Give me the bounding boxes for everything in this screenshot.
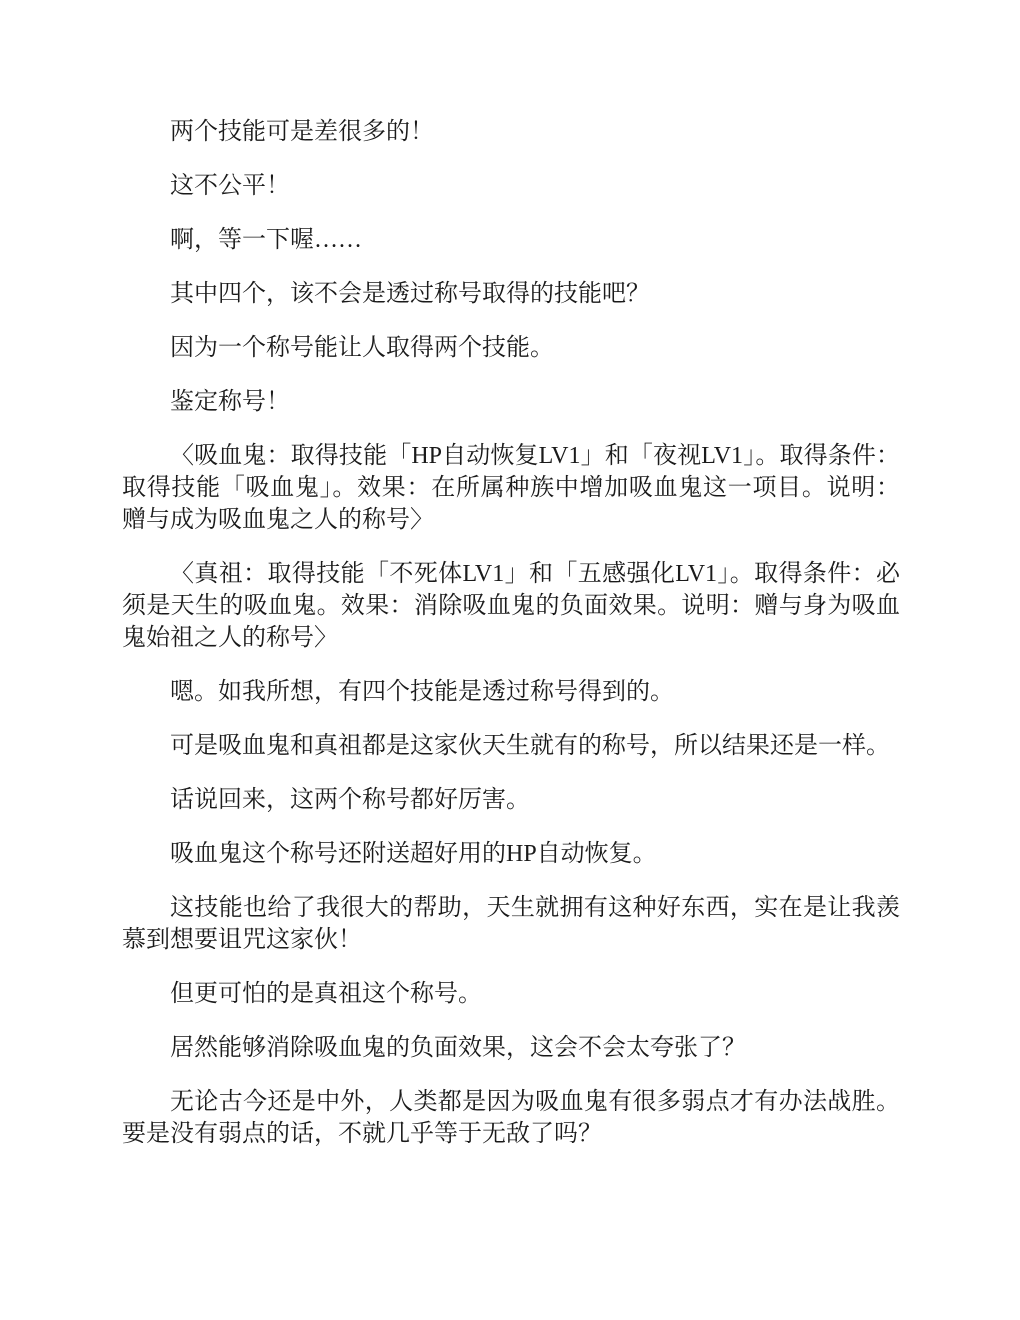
paragraph: 啊，等一下喔…… bbox=[122, 224, 900, 256]
paragraph: 吸血鬼这个称号还附送超好用的HP自动恢复。 bbox=[122, 838, 900, 870]
paragraph: 其中四个，该不会是透过称号取得的技能吧？ bbox=[122, 278, 900, 310]
document-page: 两个技能可是差很多的！ 这不公平！ 啊，等一下喔…… 其中四个，该不会是透过称号… bbox=[0, 0, 1020, 1320]
paragraph: 这不公平！ bbox=[122, 170, 900, 202]
paragraph-skill-true-ancestor: 〈真祖：取得技能「不死体LV1」和「五感强化LV1」。取得条件：必须是天生的吸血… bbox=[122, 558, 900, 654]
paragraph: 无论古今还是中外，人类都是因为吸血鬼有很多弱点才有办法战胜。要是没有弱点的话，不… bbox=[122, 1086, 900, 1150]
paragraph: 但更可怕的是真祖这个称号。 bbox=[122, 978, 900, 1010]
paragraph: 两个技能可是差很多的！ bbox=[122, 116, 900, 148]
paragraph: 这技能也给了我很大的帮助，天生就拥有这种好东西，实在是让我羡慕到想要诅咒这家伙！ bbox=[122, 892, 900, 956]
paragraph: 鉴定称号！ bbox=[122, 386, 900, 418]
paragraph: 嗯。如我所想，有四个技能是透过称号得到的。 bbox=[122, 676, 900, 708]
paragraph-skill-vampire: 〈吸血鬼：取得技能「HP自动恢复LV1」和「夜视LV1」。取得条件：取得技能「吸… bbox=[122, 440, 900, 536]
paragraph: 居然能够消除吸血鬼的负面效果，这会不会太夸张了？ bbox=[122, 1032, 900, 1064]
text-block: 两个技能可是差很多的！ 这不公平！ 啊，等一下喔…… 其中四个，该不会是透过称号… bbox=[122, 116, 900, 1150]
paragraph: 因为一个称号能让人取得两个技能。 bbox=[122, 332, 900, 364]
paragraph: 可是吸血鬼和真祖都是这家伙天生就有的称号，所以结果还是一样。 bbox=[122, 730, 900, 762]
paragraph: 话说回来，这两个称号都好厉害。 bbox=[122, 784, 900, 816]
